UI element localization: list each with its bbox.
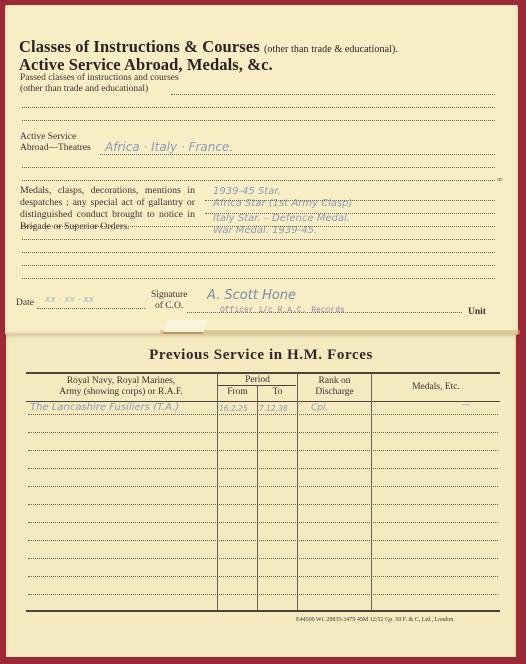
active-service-label: Active Service — [20, 132, 76, 143]
records-stamp: Officer i/c R.A.C. Records — [220, 306, 345, 315]
medals-line-1[interactable] — [205, 200, 495, 201]
date-value: xx · xx · xx — [45, 295, 94, 305]
table-bottom-border — [26, 610, 500, 612]
table-top-border — [26, 372, 500, 374]
active-service-theatres-value: Africa · Italy · France. — [105, 140, 233, 154]
margin-mark: ∞ — [497, 175, 503, 184]
signature-label: Signature — [151, 290, 187, 301]
passed-classes-line-2[interactable] — [22, 107, 495, 108]
cell-rank: Cpl. — [311, 403, 328, 413]
row-line — [28, 540, 498, 541]
heading-active-service: Active Service Abroad, Medals, &c. — [19, 55, 273, 75]
header-medals: Medals, Etc. — [372, 382, 500, 393]
header-from: From — [218, 387, 257, 398]
col-divider-1 — [217, 373, 218, 610]
medals-line-7[interactable] — [22, 278, 495, 279]
bottom-page: Previous Service in H.M. Forces Royal Na… — [6, 334, 516, 657]
signature-field[interactable] — [187, 312, 462, 313]
top-page: Classes of Instructions & Courses (other… — [5, 5, 518, 335]
signature-label-2: of C.O. — [155, 301, 183, 312]
row-line — [28, 486, 498, 487]
row-line — [28, 450, 498, 451]
passed-classes-label-2: (other than trade and educational) — [20, 84, 148, 95]
row-line — [28, 432, 498, 433]
cell-service: The Lancashire Fusiliers (T.A.) — [30, 402, 179, 413]
passed-classes-label: Passed classes of instructions and cours… — [20, 73, 179, 84]
row-line — [28, 576, 498, 577]
co-signature: A. Scott Hone — [207, 288, 296, 303]
active-service-field[interactable] — [100, 154, 495, 155]
passed-classes-line-3[interactable] — [22, 120, 495, 121]
row-line — [28, 522, 498, 523]
medals-line-3[interactable] — [22, 226, 495, 227]
active-service-label-2: Abroad—Theatres — [20, 143, 91, 154]
cell-to: 7.12.38 — [259, 404, 288, 413]
medals-line-2[interactable] — [205, 213, 495, 214]
medals-line-6[interactable] — [22, 265, 495, 266]
medals-line-5[interactable] — [22, 252, 495, 253]
heading-note: (other than trade & educational). — [264, 44, 398, 55]
header-service: Royal Navy, Royal Marines, Army (showing… — [26, 376, 216, 398]
col-divider-4 — [371, 373, 372, 610]
medal-entry-3: Italy Star. – Defence Medal. — [213, 213, 350, 224]
previous-service-title: Previous Service in H.M. Forces — [6, 347, 516, 364]
passed-classes-field[interactable] — [171, 94, 495, 95]
medals-line-4[interactable] — [22, 239, 495, 240]
unit-label: Unit — [468, 307, 486, 317]
printer-imprint: E44500 Wt. 28835-3479 45M 12/32 Gp. 50 F… — [296, 617, 453, 623]
row-line — [28, 558, 498, 559]
header-period: Period — [218, 375, 297, 386]
medal-entry-1: 1939-45 Star. — [213, 186, 281, 197]
row-line — [28, 504, 498, 505]
row-line — [28, 594, 498, 595]
active-service-line-2[interactable] — [22, 167, 495, 168]
row-line — [28, 414, 498, 415]
date-field[interactable] — [37, 308, 145, 309]
cell-medals: — — [461, 400, 470, 410]
cell-from: 16.2.25 — [219, 404, 248, 413]
header-to: To — [258, 387, 297, 398]
active-service-line-3[interactable] — [22, 180, 495, 181]
date-label: Date — [16, 298, 34, 309]
heading-classes-instructions: Classes of Instructions & Courses (other… — [19, 37, 398, 57]
row-line — [28, 468, 498, 469]
col-divider-3 — [297, 373, 298, 610]
header-rank: Rank on Discharge — [298, 376, 371, 398]
page-tear — [162, 320, 207, 334]
